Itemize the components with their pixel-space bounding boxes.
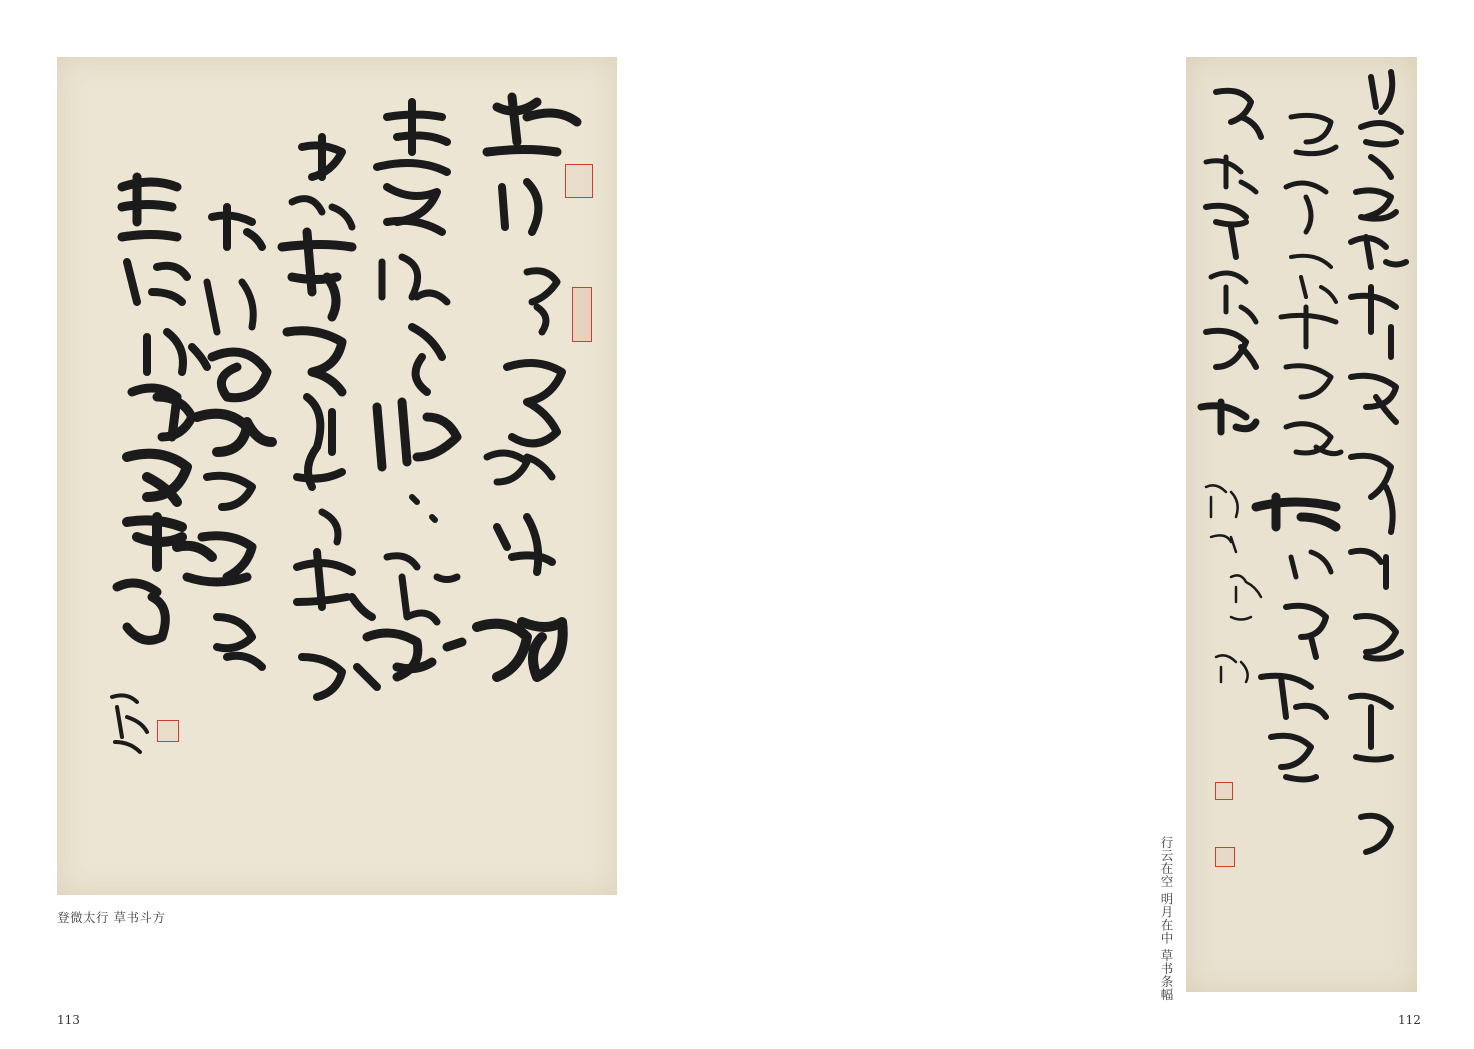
- seal-stamp: [1215, 782, 1233, 800]
- calligraphy-artwork-square: [57, 57, 617, 895]
- page-number: 113: [57, 1013, 80, 1027]
- seal-stamp: [572, 287, 592, 342]
- seal-stamp: [157, 720, 179, 742]
- artwork-caption: 行云在空 明月在中 草书条幅: [1158, 836, 1174, 1001]
- page-number: 112: [1398, 1013, 1421, 1027]
- calligraphy-ink-strokes: [57, 57, 617, 895]
- calligraphy-artwork-scroll: [1186, 57, 1417, 992]
- seal-stamp: [1215, 847, 1235, 867]
- artwork-caption: 登微太行 草书斗方: [57, 908, 165, 926]
- seal-stamp: [565, 164, 593, 198]
